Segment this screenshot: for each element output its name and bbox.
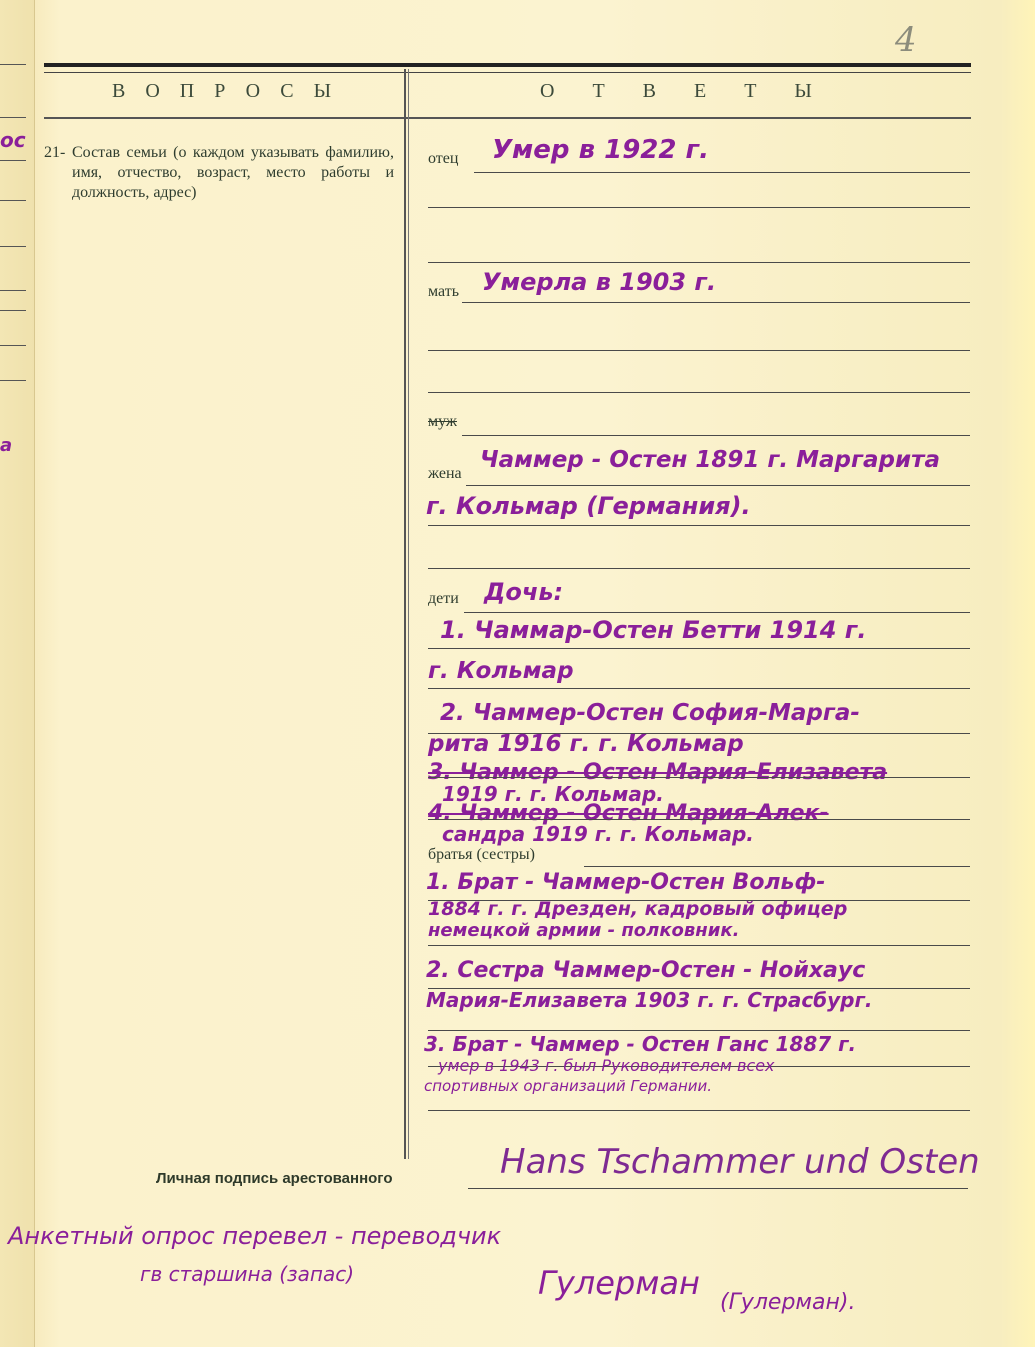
rule — [468, 1188, 968, 1189]
siblings-label: братья (сестры) — [428, 846, 535, 864]
column-divider-thin — [408, 69, 409, 1159]
sibling-1-line3: немецкой армии - полковник. — [428, 920, 739, 941]
child-1-line2: г. Кольмар — [428, 658, 574, 684]
mother-label: мать — [428, 283, 459, 301]
rule — [428, 1110, 970, 1111]
left-adjacent-page-strip: ос а — [0, 0, 35, 1347]
rule — [428, 688, 970, 689]
rule — [428, 819, 970, 820]
top-rule-thin — [44, 72, 971, 73]
husband-label: муж — [428, 413, 457, 431]
rule — [428, 777, 970, 778]
father-value: Умер в 1922 г. — [492, 135, 709, 165]
rule — [428, 1030, 970, 1031]
sibling-3-line2: умер в 1943 г. был Руководителем всех — [438, 1056, 775, 1075]
translator-note-line1: Анкетный опрос перевел - переводчик — [8, 1222, 501, 1250]
rule — [428, 648, 970, 649]
signature-label: Личная подпись арестованного — [156, 1170, 393, 1187]
header-rule — [44, 117, 971, 119]
question-text: Состав семьи (о каждом указывать фамилию… — [72, 143, 394, 203]
translator-name-clarified: (Гулерман). — [720, 1290, 855, 1315]
sibling-2-line1: 2. Сестра Чаммер-Остен - Нойхаус — [426, 958, 865, 983]
question-number: 21- — [44, 143, 65, 163]
rule — [428, 945, 970, 946]
rule — [474, 172, 970, 173]
mother-value: Умерла в 1903 г. — [482, 268, 716, 296]
signature: Hans Tschammer und Osten — [500, 1142, 980, 1182]
sibling-3-line3: спортивных организаций Германии. — [424, 1077, 712, 1095]
translator-note-line2: гв старшина (запас) — [140, 1262, 354, 1286]
wife-value-line2: г. Кольмар (Германия). — [426, 492, 751, 520]
rule — [428, 350, 970, 351]
rule — [428, 207, 970, 208]
child-2-line2: рита 1916 г. г. Кольмар — [428, 731, 744, 757]
top-rule — [44, 63, 971, 67]
rule — [428, 568, 970, 569]
column-divider — [404, 69, 406, 1159]
father-label: отец — [428, 150, 458, 168]
translator-name: Гулерман — [538, 1264, 700, 1302]
document-page: ос а 4 ВОПРОСЫ ОТВЕТЫ 21- Состав семьи (… — [0, 0, 1035, 1347]
rule — [428, 525, 970, 526]
sibling-3-line1: 3. Брат - Чаммер - Остен Ганс 1887 г. — [424, 1032, 856, 1056]
answers-header: ОТВЕТЫ — [540, 80, 850, 103]
rule — [466, 485, 970, 486]
sibling-1-line2: 1884 г. г. Дрезден, кадровый офицер — [428, 898, 847, 920]
rule — [462, 435, 970, 436]
sibling-1-line1: 1. Брат - Чаммер-Остен Вольф- — [426, 870, 825, 895]
wife-label: жена — [428, 465, 462, 483]
child-4-line2: сандра 1919 г. г. Кольмар. — [442, 822, 754, 846]
children-label: дети — [428, 590, 459, 608]
rule — [428, 392, 970, 393]
child-1-line1: 1. Чаммар-Остен Бетти 1914 г. — [440, 616, 866, 644]
rule — [428, 262, 970, 263]
sibling-2-line2: Мария-Елизавета 1903 г. г. Страсбург. — [426, 988, 873, 1012]
children-intro: Дочь: — [484, 578, 563, 606]
questions-header: ВОПРОСЫ — [112, 80, 351, 103]
rule — [464, 612, 970, 613]
child-2-line1: 2. Чаммер-Остен София-Марга- — [440, 700, 860, 726]
rule — [462, 302, 970, 303]
wife-value-line1: Чаммер - Остен 1891 г. Маргарита — [480, 447, 940, 473]
rule — [584, 866, 970, 867]
page-number: 4 — [895, 20, 917, 60]
